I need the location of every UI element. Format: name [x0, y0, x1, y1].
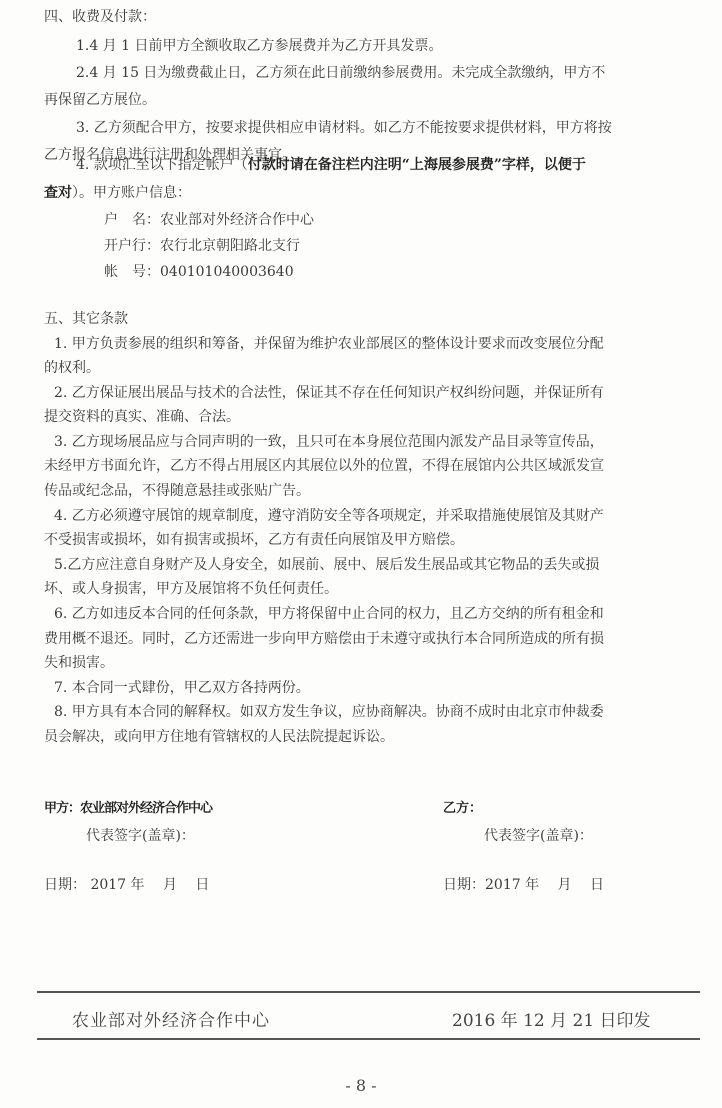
account-number: 帐 号：040101040003640 [104, 263, 294, 281]
section-4-title: 四、收费及付款： [44, 8, 156, 26]
clause-text: 3. 乙方现场展品应与合同声明的一致，且只可在本身展位范围内派发产品目录等宣传品… [54, 433, 604, 451]
footer-organization: 农业部对外经济合作中心 [72, 1006, 270, 1031]
account-bank: 开户行：农行北京朝阳路北支行 [104, 237, 300, 255]
party-b-label: 乙方： [443, 800, 482, 818]
clause-text: 的权利。 [44, 359, 100, 377]
clause-text: 4. 乙方必须遵守展馆的规章制度，遵守消防安全等各项规定，并采取措施使展馆及其财… [54, 507, 604, 525]
clause-text: 7. 本合同一式肆份，甲乙双方各持两份。 [54, 679, 310, 697]
clause-text: 6. 乙方如违反本合同的任何条款，甲方将保留中止合同的权力，且乙方交纳的所有租金… [54, 605, 604, 623]
clause-text: 3. 乙方须配合甲方，按要求提供相应申请材料。如乙方不能按要求提供材料，甲方将按 [76, 119, 612, 137]
clause-text: 提交资料的真实、准确、合法。 [44, 408, 240, 426]
clause-text: 失和损害。 [44, 654, 114, 672]
clause-4-prefix: 4. 款项汇至以下指定帐户（ [76, 157, 248, 173]
clause-text: 再保留乙方展位。 [44, 91, 156, 109]
clause-4-line1: 4. 款项汇至以下指定帐户（付款时请在备注栏内注明“上海展参展费”字样，以便于 [76, 156, 586, 174]
party-a-label: 甲方：农业部对外经济合作中心 [44, 800, 212, 818]
section-5-title: 五、其它条款 [44, 310, 128, 328]
party-a-signature: 代表签字(盖章)： [86, 827, 195, 845]
footer-top-rule [37, 991, 700, 993]
clause-text: 2.4 月 15 日为缴费截止日，乙方须在此日前缴纳参展费用。未完成全款缴纳，甲… [76, 64, 605, 82]
clause-text: 1.4 月 1 日前甲方全额收取乙方参展费并为乙方开具发票。 [76, 37, 443, 55]
clause-text: 不受损害或损坏，如有损害或损坏，乙方有责任向展馆及甲方赔偿。 [44, 531, 464, 549]
party-a-date: 日期： 2017 年 月 日 [44, 876, 209, 894]
party-b-date: 日期：2017 年 月 日 [443, 876, 604, 894]
clause-text: 坏、或人身损害，甲方及展馆将不负任何责任。 [44, 580, 338, 598]
clause-4-line2: 查对）。甲方账户信息： [44, 184, 191, 202]
clause-text: 2. 乙方保证展出展品与技术的合法性，保证其不存在任何知识产权纠纷问题，并保证所… [54, 384, 604, 402]
account-name: 户 名：农业部对外经济合作中心 [104, 211, 314, 229]
page-number: - 8 - [0, 1076, 722, 1095]
clause-text: 员会解决，或向甲方住地有管辖权的人民法院提起诉讼。 [44, 728, 394, 746]
clause-4-bold-end: 查对 [44, 185, 72, 201]
clause-text: 未经甲方书面允许，乙方不得占用展区内其展位以外的位置，不得在展馆内公共区域派发宣 [44, 457, 604, 475]
clause-text: 传品或纪念品，不得随意悬挂或张贴广告。 [44, 482, 310, 500]
clause-text: 5.乙方应注意自身财产及人身安全，如展前、展中、展后发生展品或其它物品的丢失或损 [54, 556, 599, 574]
clause-text: 1. 甲方负责参展的组织和筹备，并保留为维护农业部展区的整体设计要求而改变展位分… [54, 335, 604, 353]
footer-issue-date: 2016 年 12 月 21 日印发 [452, 1006, 651, 1031]
clause-4-bold-note: 付款时请在备注栏内注明“上海展参展费”字样，以便于 [248, 157, 586, 173]
party-b-signature: 代表签字(盖章)： [484, 827, 593, 845]
clause-4-suffix: ）。甲方账户信息： [72, 185, 191, 201]
clause-text: 费用概不退还。同时，乙方还需进一步向甲方赔偿由于未遵守或执行本合同所造成的所有损 [44, 630, 604, 648]
clause-text: 8. 甲方具有本合同的解释权。如双方发生争议，应协商解决。协商不成时由北京市仲裁… [54, 703, 604, 721]
footer-bottom-rule [37, 1038, 700, 1040]
